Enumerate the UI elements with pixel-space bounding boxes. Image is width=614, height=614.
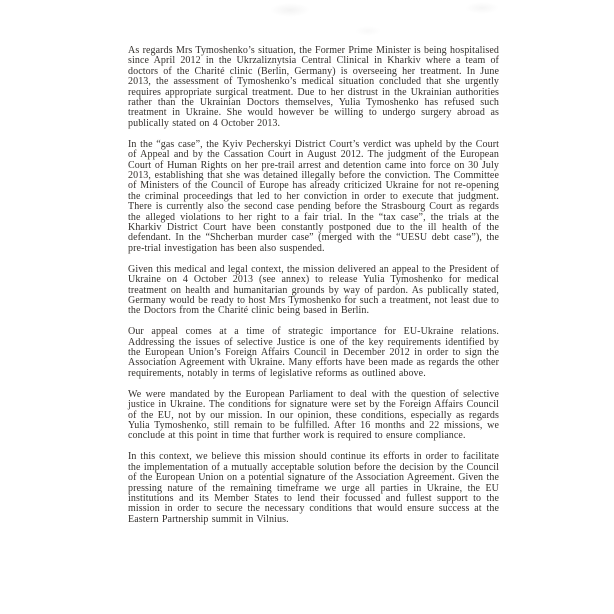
- scan-smudge: [270, 3, 310, 17]
- paragraph-eu-ukraine-relations: Our appeal comes at a time of strategic …: [128, 327, 499, 379]
- paragraph-gas-case: In the “gas case”, the Kyiv Pecherskyi D…: [128, 140, 499, 254]
- paragraph-mandate: We were mandated by the European Parliam…: [128, 390, 499, 442]
- document-page: As regards Mrs Tymoshenko’s situation, t…: [0, 0, 614, 614]
- document-text-block: As regards Mrs Tymoshenko’s situation, t…: [128, 46, 499, 536]
- paragraph-conclusion: In this context, we believe this mission…: [128, 452, 499, 525]
- scan-smudge: [355, 26, 381, 36]
- scan-smudge: [465, 2, 499, 14]
- paragraph-tymoshenko-situation: As regards Mrs Tymoshenko’s situation, t…: [128, 46, 499, 129]
- paragraph-appeal-to-president: Given this medical and legal context, th…: [128, 265, 499, 317]
